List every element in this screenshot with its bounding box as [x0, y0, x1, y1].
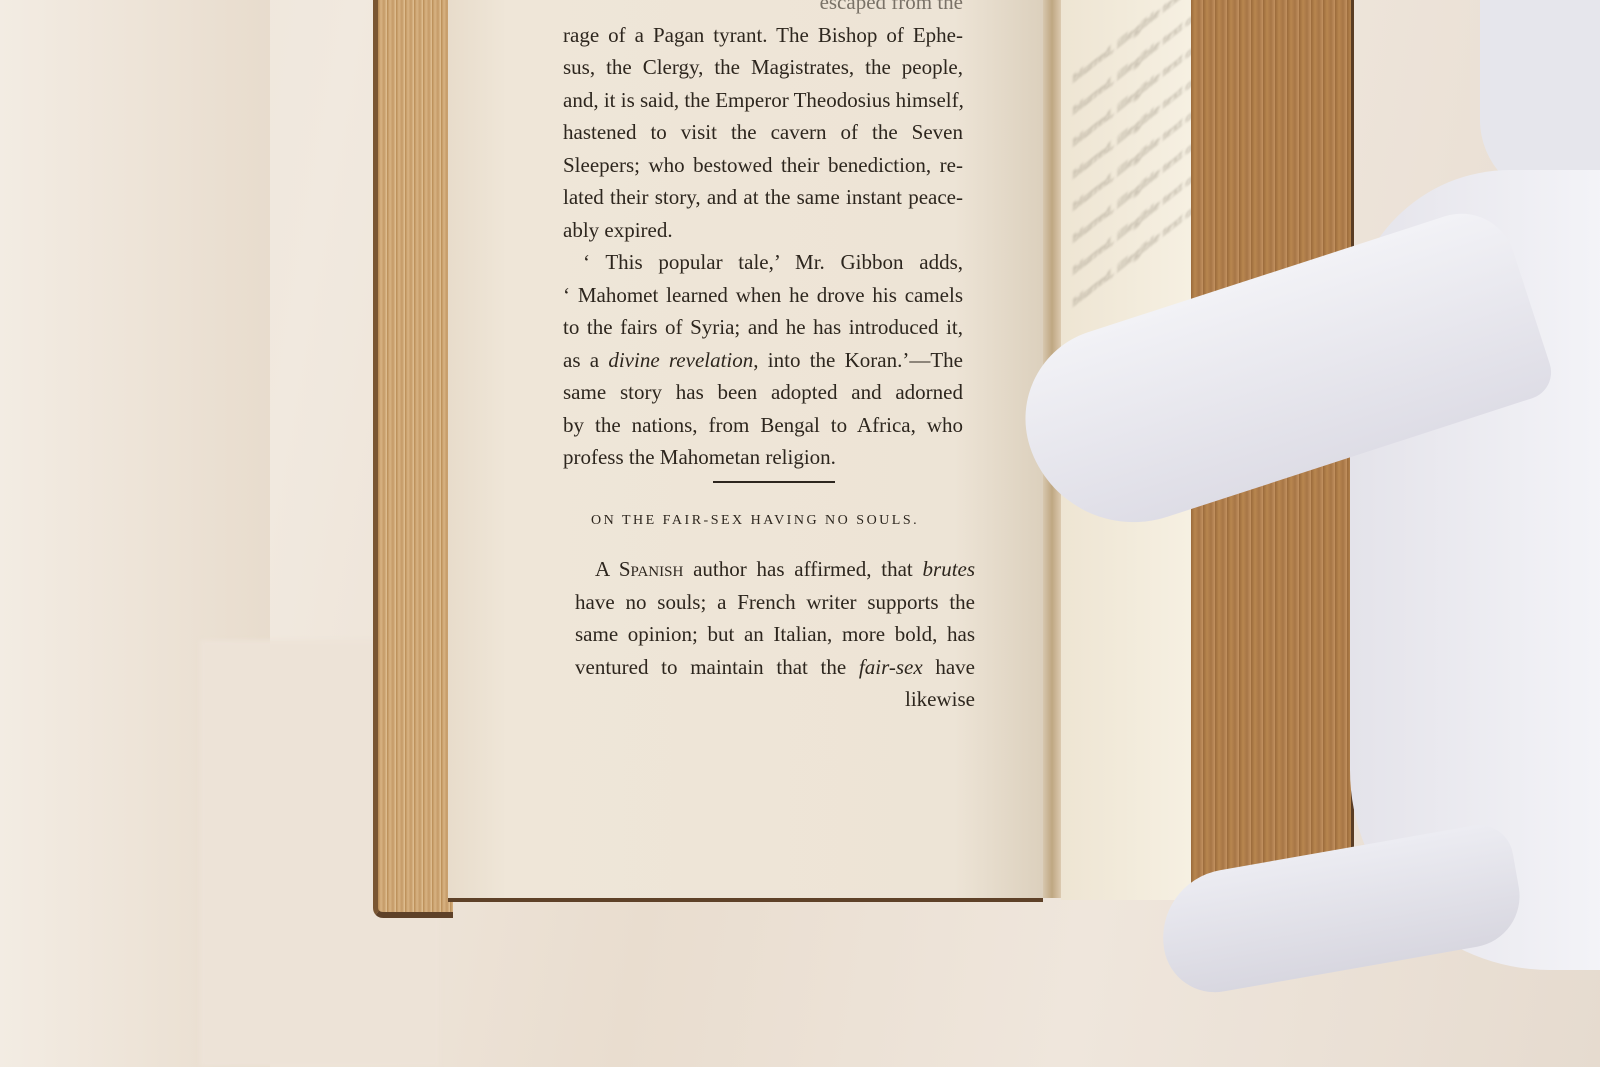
text-line: profess the Mahometan religion. — [563, 441, 963, 474]
text-line: Sleepers; who bestowed their benediction… — [563, 149, 963, 182]
text-line: lated their story, and at the same insta… — [563, 181, 963, 214]
small-caps-word: Spanish — [619, 557, 683, 581]
text-line: to the fairs of Syria; and he has introd… — [563, 311, 963, 344]
lead-letter: A — [595, 557, 609, 581]
text-line: as a divine revelation, into the Koran.’… — [563, 344, 963, 377]
text-line: have no souls; a French writer supports … — [575, 586, 975, 619]
text-line: same story has been adopted and adorned — [563, 376, 963, 409]
text-line: ably expired. — [563, 214, 963, 247]
text-line: ‘ This popular tale,’ Mr. Gibbon adds, — [563, 246, 963, 279]
paragraph-2: ‘ This popular tale,’ Mr. Gibbon adds, ‘… — [563, 246, 963, 474]
text-line: sus, the Clergy, the Magistrates, the pe… — [563, 51, 963, 84]
text-line: and, it is said, the Emperor Theodosius … — [563, 84, 963, 117]
white-gloved-hand — [1020, 110, 1600, 980]
text-line: A Spanish author has affirmed, that brut… — [575, 553, 975, 586]
italic-word: fair-sex — [859, 655, 923, 679]
text-line: rage of a Pagan tyrant. The Bishop of Ep… — [563, 19, 963, 52]
text-span: author has affirmed, that — [693, 557, 913, 581]
text-line: by the nations, from Bengal to Africa, w… — [563, 409, 963, 442]
section-divider-rule — [713, 481, 835, 483]
text-line: hastened to visit the cavern of the Seve… — [563, 116, 963, 149]
catchword: likewise — [575, 683, 975, 716]
italic-word: brutes — [923, 557, 976, 581]
glove-finger — [1152, 820, 1527, 1001]
paragraph-1: rage of a Pagan tyrant. The Bishop of Ep… — [563, 19, 963, 247]
page-text: escaped from the rage of a Pagan tyrant.… — [563, 0, 963, 474]
text-span: have — [935, 655, 975, 679]
left-page-edges — [373, 0, 453, 918]
text-line: ventured to maintain that the fair-sex h… — [575, 651, 975, 684]
text-line: same opinion; but an Italian, more bold,… — [575, 618, 975, 651]
paragraph-3: A Spanish author has affirmed, that brut… — [575, 553, 975, 716]
section-heading: On the Fair-Sex Having No Souls. — [591, 513, 961, 529]
top-fragment: escaped from the — [563, 0, 963, 19]
text-span: ventured to maintain that the — [575, 655, 846, 679]
text-line: ‘ Mahomet learned when he drove his came… — [563, 279, 963, 312]
